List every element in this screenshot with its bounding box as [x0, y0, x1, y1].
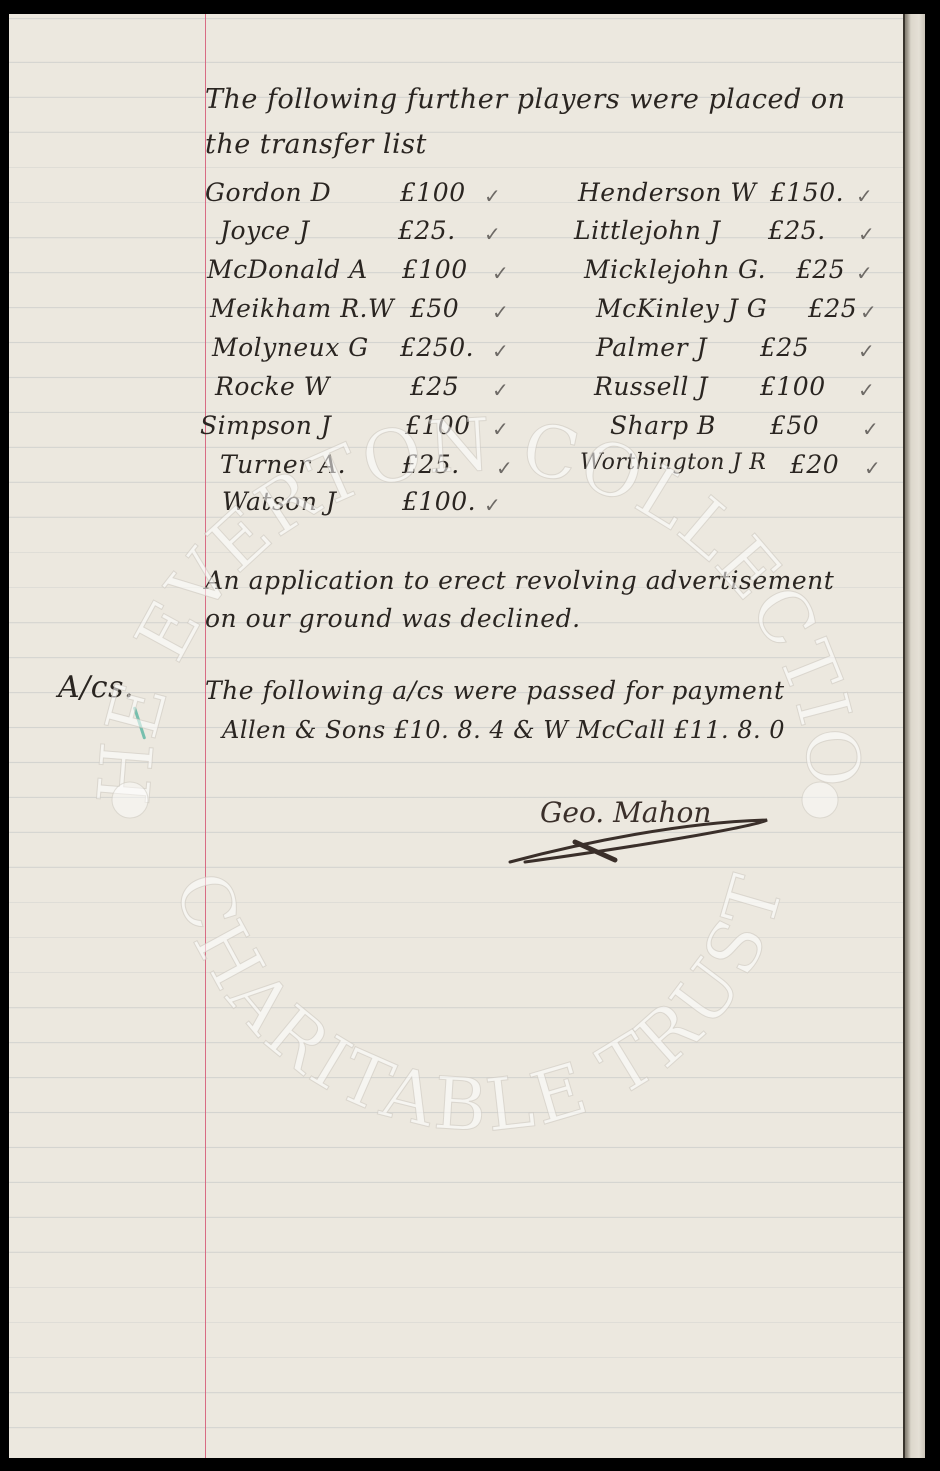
check-mark-icon: ✓ — [492, 417, 509, 441]
player-name: Molyneux G — [212, 333, 369, 362]
player-name: Turner A. — [220, 450, 346, 479]
player-fee: £25 — [796, 255, 845, 284]
check-mark-icon: ✓ — [484, 184, 501, 208]
binding-shadow — [903, 14, 905, 1458]
player-fee: £150. — [770, 178, 844, 207]
player-fee: £25 — [410, 372, 459, 401]
check-mark-icon: ✓ — [862, 417, 879, 441]
advertisement-minute-line1: An application to erect revolving advert… — [205, 566, 834, 595]
check-mark-icon: ✓ — [858, 222, 875, 246]
check-mark-icon: ✓ — [484, 493, 501, 517]
player-fee: £25. — [402, 450, 460, 479]
transfer-heading-line2: the transfer list — [205, 129, 427, 160]
player-fee: £25. — [398, 216, 456, 245]
player-name: Russell J — [594, 372, 708, 401]
player-name: Worthington J R — [580, 450, 766, 475]
check-mark-icon: ✓ — [492, 261, 509, 285]
accounts-margin-label: A/cs. — [58, 670, 134, 705]
check-mark-icon: ✓ — [864, 456, 881, 480]
player-fee: £100 — [405, 411, 471, 440]
player-fee: £250. — [400, 333, 474, 362]
check-mark-icon: ✓ — [860, 300, 877, 324]
signature-flourish-icon — [505, 812, 775, 872]
player-fee: £25. — [768, 216, 826, 245]
transfer-heading-line1: The following further players were place… — [205, 84, 846, 115]
player-name: Simpson J — [200, 411, 331, 440]
player-name: McDonald A — [207, 255, 368, 284]
check-mark-icon: ✓ — [492, 378, 509, 402]
player-fee: £100 — [400, 178, 466, 207]
margin-rule — [205, 14, 206, 1458]
player-fee: £25 — [808, 294, 857, 323]
player-name: Sharp B — [610, 411, 716, 440]
player-name: Meikham R.W — [210, 294, 394, 323]
player-fee: £20 — [790, 450, 839, 479]
player-fee: £100. — [402, 487, 476, 516]
player-name: Palmer J — [596, 333, 707, 362]
accounts-minute-line1: The following a/cs were passed for payme… — [205, 676, 785, 705]
check-mark-icon: ✓ — [858, 378, 875, 402]
check-mark-icon: ✓ — [858, 339, 875, 363]
player-name: Littlejohn J — [574, 216, 720, 245]
player-fee: £100 — [402, 255, 468, 284]
player-fee: £25 — [760, 333, 809, 362]
check-mark-icon: ✓ — [856, 184, 873, 208]
player-name: McKinley J G — [596, 294, 767, 323]
player-name: Rocke W — [215, 372, 330, 401]
player-name: Micklejohn G. — [584, 255, 766, 284]
player-fee: £100 — [760, 372, 826, 401]
check-mark-icon: ✓ — [856, 261, 873, 285]
player-name: Watson J — [222, 487, 336, 516]
player-name: Henderson W — [578, 178, 757, 207]
player-fee: £50 — [770, 411, 819, 440]
check-mark-icon: ✓ — [492, 300, 509, 324]
player-name: Joyce J — [220, 216, 309, 245]
check-mark-icon: ✓ — [492, 339, 509, 363]
advertisement-minute-line2: on our ground was declined. — [205, 604, 581, 633]
player-fee: £50 — [410, 294, 459, 323]
accounts-minute-line2: Allen & Sons £10. 8. 4 & W McCall £11. 8… — [222, 716, 785, 744]
player-name: Gordon D — [205, 178, 331, 207]
page-binding-edge — [903, 14, 925, 1458]
check-mark-icon: ✓ — [496, 456, 513, 480]
check-mark-icon: ✓ — [484, 222, 501, 246]
